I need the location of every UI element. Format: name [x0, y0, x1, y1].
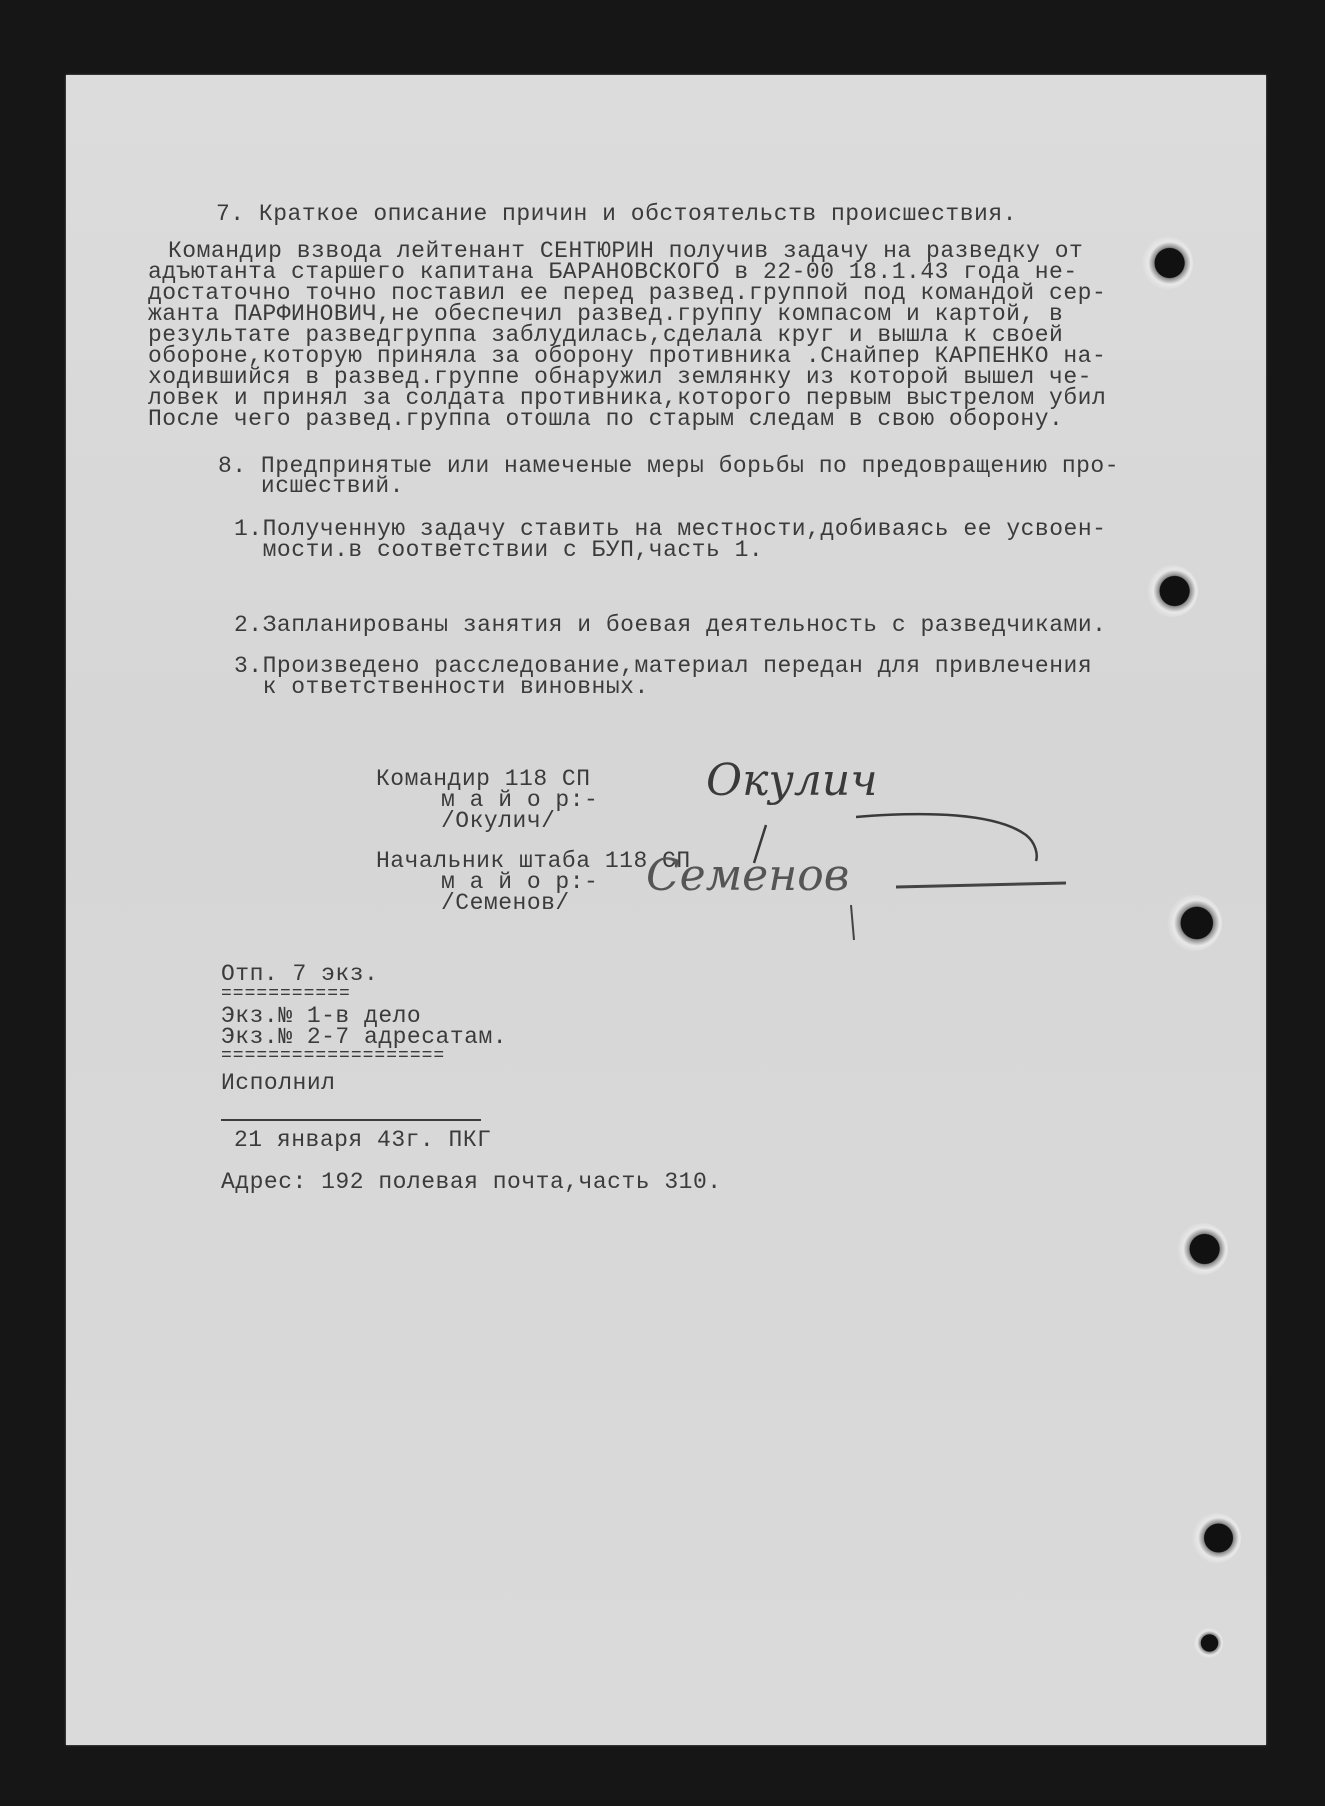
punch-hole — [1141, 237, 1193, 289]
section-8-heading: исшествий. — [218, 475, 404, 498]
document-date: 21 января 43г. ПКГ — [234, 1129, 491, 1152]
separator: =================== — [221, 1045, 445, 1068]
punch-hole — [1191, 1513, 1241, 1563]
signatory-name: /Семенов/ — [441, 892, 570, 915]
punch-hole — [1176, 1223, 1228, 1275]
postal-address: Адрес: 192 полевая почта,часть 310. — [221, 1171, 722, 1194]
executor-line — [221, 1119, 481, 1121]
measure-item-3: к ответственности виновных. — [234, 676, 649, 699]
measure-item-2: 2.Запланированы занятия и боевая деятель… — [234, 614, 1106, 637]
signature-stroke — [646, 865, 1086, 945]
punch-hole — [1193, 1628, 1223, 1658]
executor-label: Исполнил — [221, 1072, 335, 1095]
signatory-name: /Окулич/ — [441, 810, 555, 833]
section-7-heading: 7. Краткое описание причин и обстоятельс… — [216, 203, 1017, 226]
section-7-line: После чего развед.группа отошла по стары… — [148, 408, 1063, 431]
measure-item-1: мости.в соответствии с БУП,часть 1. — [234, 539, 763, 562]
punch-hole — [1146, 565, 1198, 617]
document-page: 7. Краткое описание причин и обстоятельс… — [66, 75, 1266, 1745]
punch-hole — [1166, 895, 1222, 951]
